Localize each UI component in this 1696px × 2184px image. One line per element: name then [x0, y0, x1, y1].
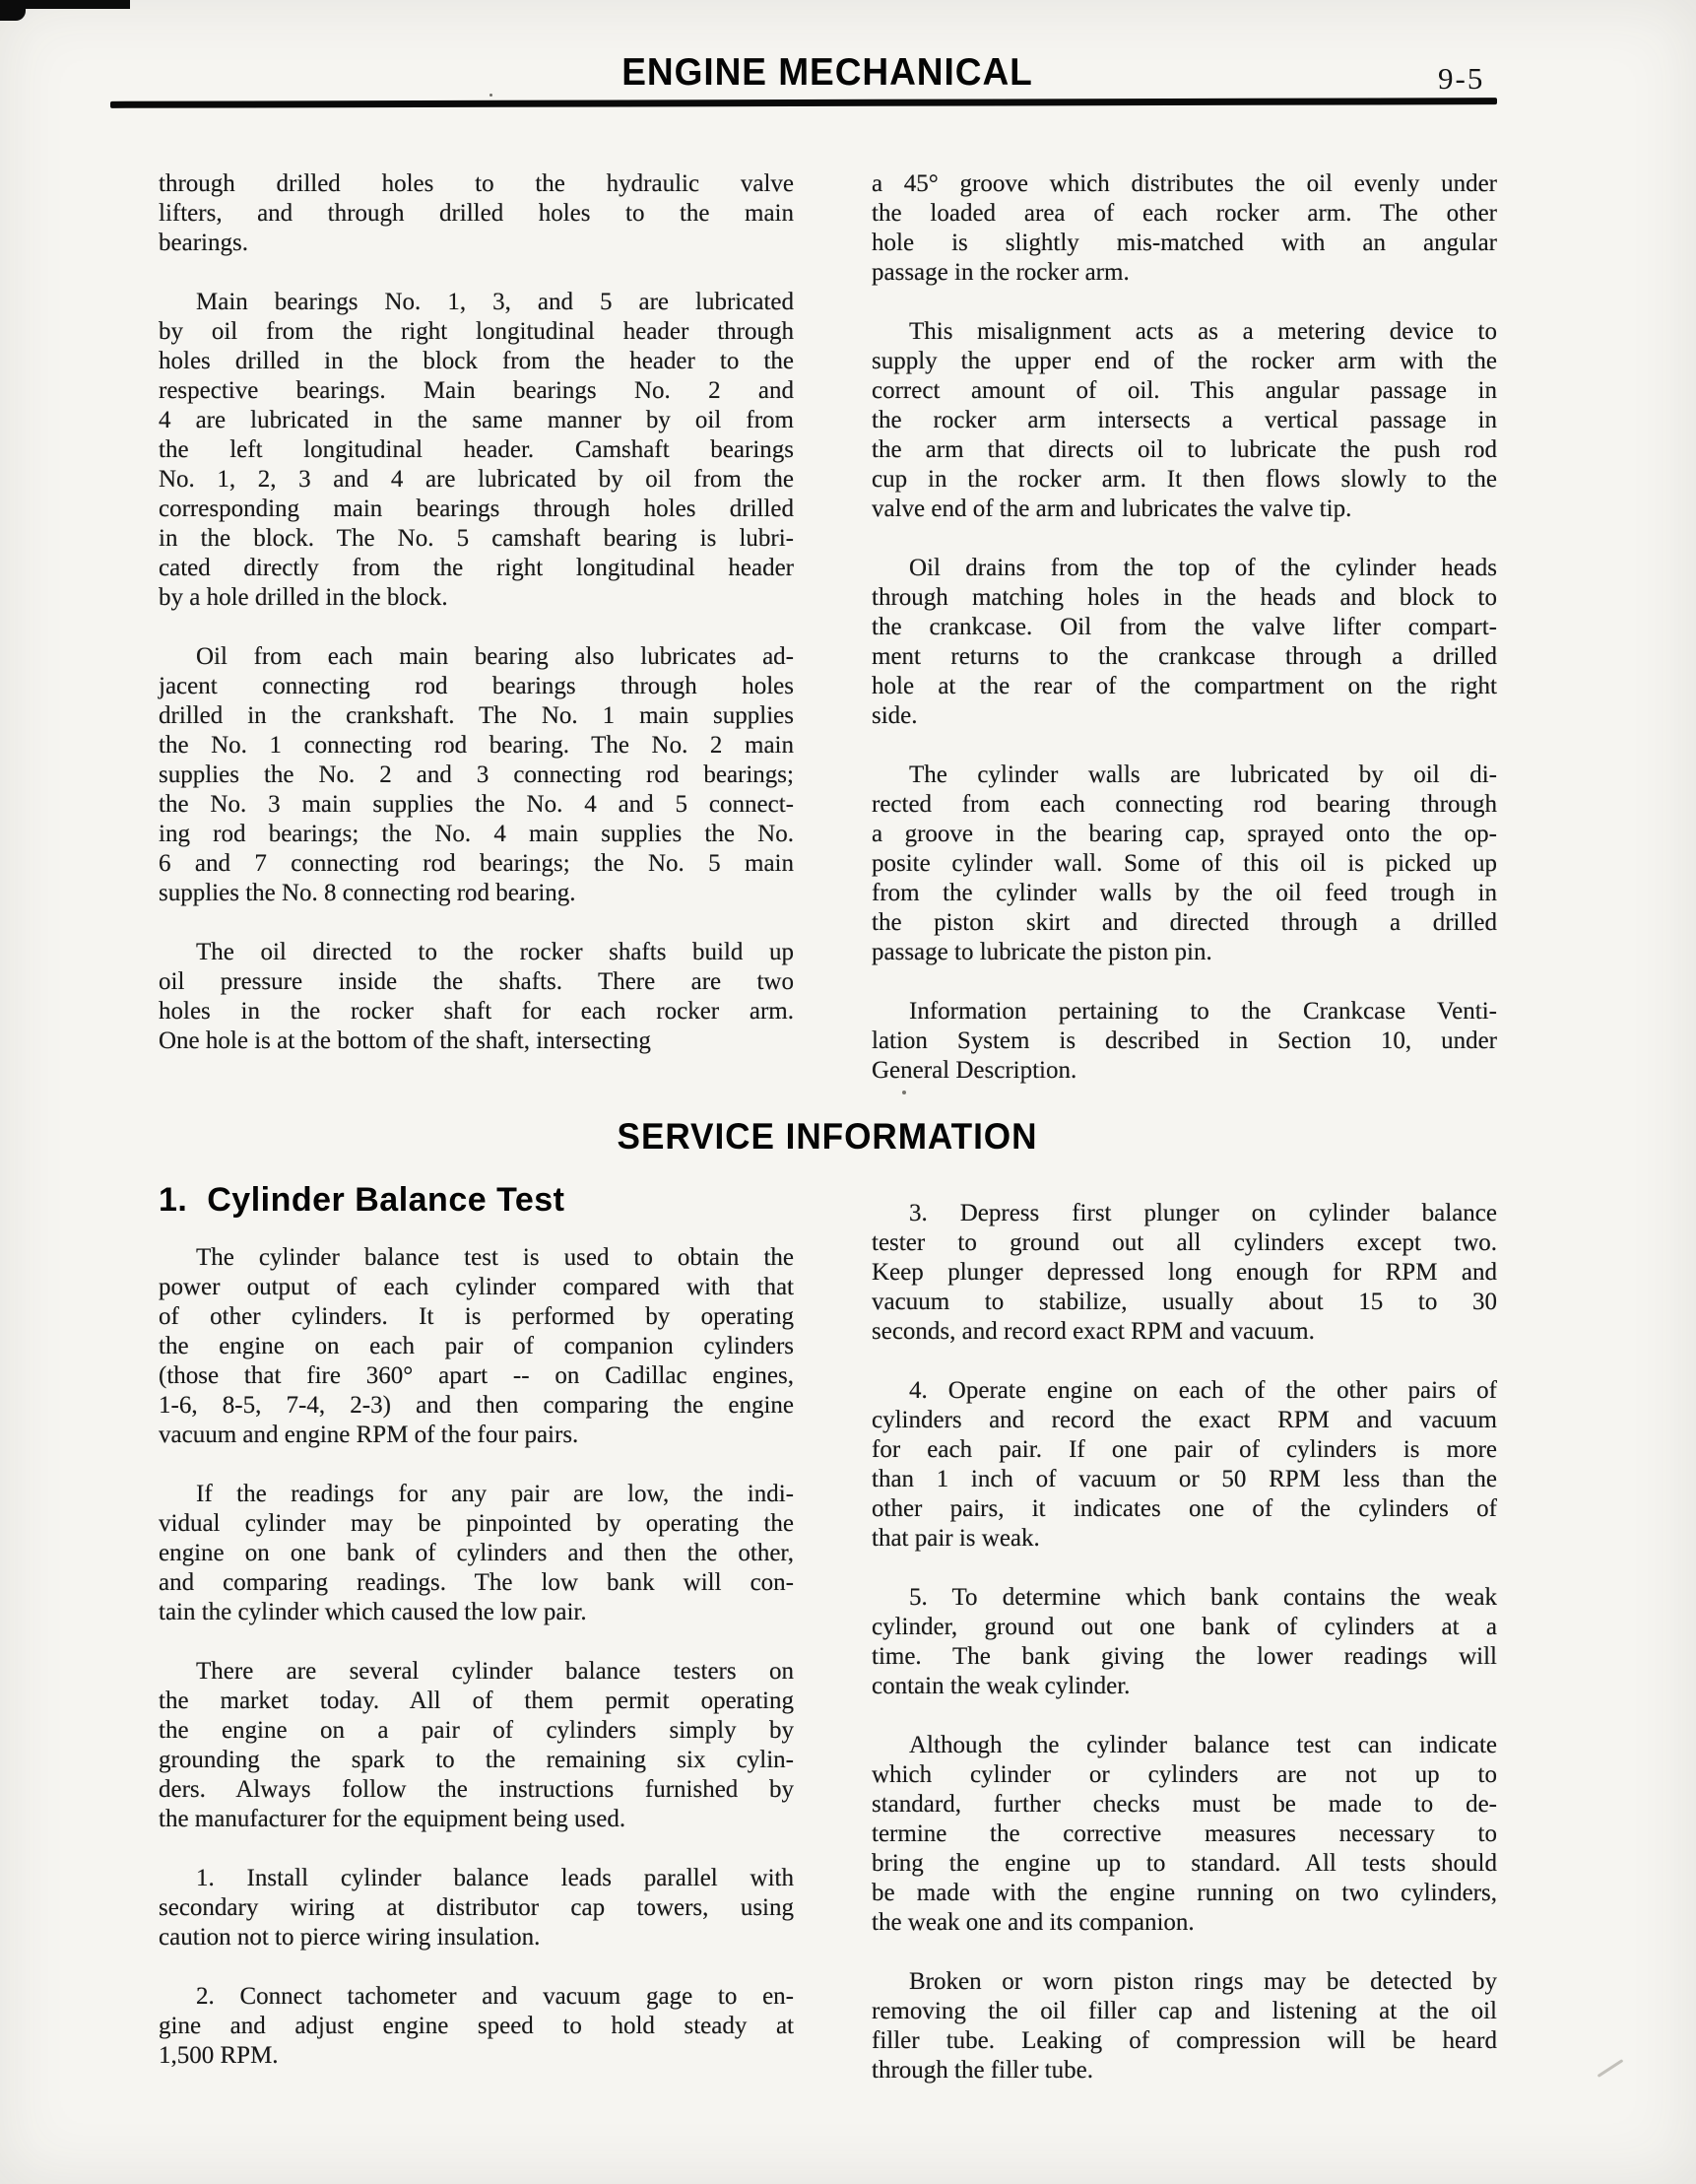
- text-line: supplies the No. 2 and 3 connecting rod …: [159, 761, 794, 790]
- text-line: jacent connecting rod bearings through h…: [159, 672, 794, 701]
- text-line: gine and adjust engine speed to hold ste…: [159, 2012, 794, 2041]
- text-line: the engine on each pair of companion cyl…: [159, 1332, 794, 1361]
- text-line: ment returns to the crankcase through a …: [872, 642, 1497, 672]
- text-line: No. 1, 2, 3 and 4 are lubricated by oil …: [159, 465, 794, 495]
- text-line: through the filler tube.: [872, 2056, 1497, 2085]
- scan-artifact-speck: [902, 1091, 906, 1094]
- text-line: the rocker arm intersects a vertical pas…: [872, 406, 1497, 435]
- text-line: valve end of the arm and lubricates the …: [872, 495, 1497, 524]
- text-line: Broken or worn piston rings may be detec…: [872, 1967, 1497, 1997]
- text-line: power output of each cylinder compared w…: [159, 1273, 794, 1302]
- scan-artifact-tick: [1598, 2059, 1624, 2078]
- scan-artifact-speck: [489, 94, 492, 97]
- text-line: 1. Install cylinder balance leads parall…: [159, 1864, 794, 1893]
- text-line: the loaded area of each rocker arm. The …: [872, 199, 1497, 229]
- text-line: the weak one and its companion.: [872, 1908, 1497, 1938]
- text-line: through matching holes in the heads and …: [872, 583, 1497, 613]
- text-line: filler tube. Leaking of compression will…: [872, 2026, 1497, 2056]
- paragraph: Oil drains from the top of the cylinder …: [872, 554, 1497, 731]
- paragraph: The cylinder walls are lubricated by oil…: [872, 761, 1497, 967]
- paragraph: Although the cylinder balance test can i…: [872, 1731, 1497, 1938]
- paragraph: Oil from each main bearing also lubricat…: [159, 642, 794, 908]
- text-line: passage to lubricate the piston pin.: [872, 938, 1497, 967]
- text-line: holes in the rocker shaft for each rocke…: [159, 997, 794, 1026]
- text-line: and comparing readings. The low bank wil…: [159, 1568, 794, 1598]
- text-line: by a hole drilled in the block.: [159, 583, 794, 613]
- text-line: The oil directed to the rocker shafts bu…: [159, 938, 794, 967]
- text-line: seconds, and record exact RPM and vacuum…: [872, 1317, 1497, 1347]
- text-line: than 1 inch of vacuum or 50 RPM less tha…: [872, 1465, 1497, 1494]
- paragraph: 3. Depress first plunger on cylinder bal…: [872, 1199, 1497, 1347]
- text-line: (those that fire 360° apart -- on Cadill…: [159, 1361, 794, 1391]
- manual-page: ENGINE MECHANICAL 9-5 through drilled ho…: [0, 0, 1696, 2184]
- text-line: tester to ground out all cylinders excep…: [872, 1228, 1497, 1258]
- text-line: through drilled holes to the hydraulic v…: [159, 169, 794, 199]
- text-line: supply the upper end of the rocker arm w…: [872, 347, 1497, 376]
- text-line: Although the cylinder balance test can i…: [872, 1731, 1497, 1760]
- text-line: respective bearings. Main bearings No. 2…: [159, 376, 794, 406]
- text-line: the engine on a pair of cylinders simply…: [159, 1716, 794, 1746]
- text-line: Oil drains from the top of the cylinder …: [872, 554, 1497, 583]
- text-line: lation System is described in Section 10…: [872, 1026, 1497, 1056]
- text-line: This misalignment acts as a metering dev…: [872, 317, 1497, 347]
- text-line: grounding the spark to the remaining six…: [159, 1746, 794, 1775]
- scan-artifact-corner: [0, 0, 26, 21]
- text-line: that pair is weak.: [872, 1524, 1497, 1554]
- text-line: contain the weak cylinder.: [872, 1672, 1497, 1701]
- text-line: Oil from each main bearing also lubricat…: [159, 642, 794, 672]
- paragraph: The oil directed to the rocker shafts bu…: [159, 938, 794, 1056]
- text-line: cup in the rocker arm. It then flows slo…: [872, 465, 1497, 495]
- paragraph: Main bearings No. 1, 3, and 5 are lubric…: [159, 288, 794, 613]
- text-line: General Description.: [872, 1056, 1497, 1086]
- text-line: supplies the No. 8 connecting rod bearin…: [159, 879, 794, 908]
- text-line: rected from each connecting rod bearing …: [872, 790, 1497, 820]
- text-line: ders. Always follow the instructions fur…: [159, 1775, 794, 1805]
- paragraph: If the readings for any pair are low, th…: [159, 1480, 794, 1627]
- text-line: 6 and 7 connecting rod bearings; the No.…: [159, 849, 794, 879]
- text-line: 1-6, 8-5, 7-4, 2-3) and then comparing t…: [159, 1391, 794, 1421]
- paragraph: Broken or worn piston rings may be detec…: [872, 1967, 1497, 2085]
- paragraph: This misalignment acts as a metering dev…: [872, 317, 1497, 524]
- paragraph: Information pertaining to the Crankcase …: [872, 997, 1497, 1086]
- text-line: cylinder, ground out one bank of cylinde…: [872, 1613, 1497, 1642]
- paragraph: 5. To determine which bank contains the …: [872, 1583, 1497, 1701]
- text-line: corresponding main bearings through hole…: [159, 495, 794, 524]
- text-line: the arm that directs oil to lubricate th…: [872, 435, 1497, 465]
- lubrication-left-column: through drilled holes to the hydraulic v…: [159, 169, 794, 1056]
- text-line: If the readings for any pair are low, th…: [159, 1480, 794, 1509]
- text-line: vacuum and engine RPM of the four pairs.: [159, 1421, 794, 1450]
- text-line: the manufacturer for the equipment being…: [159, 1805, 794, 1834]
- text-line: vidual cylinder may be pinpointed by ope…: [159, 1509, 794, 1539]
- text-line: hole is slightly mis-matched with an ang…: [872, 229, 1497, 258]
- text-line: tain the cylinder which caused the low p…: [159, 1598, 794, 1627]
- text-line: posite cylinder wall. Some of this oil i…: [872, 849, 1497, 879]
- text-line: passage in the rocker arm.: [872, 258, 1497, 288]
- paragraph: 2. Connect tachometer and vacuum gage to…: [159, 1982, 794, 2071]
- text-line: engine on one bank of cylinders and then…: [159, 1539, 794, 1568]
- text-line: removing the oil filler cap and listenin…: [872, 1997, 1497, 2026]
- text-line: 1,500 RPM.: [159, 2041, 794, 2071]
- text-line: lifters, and through drilled holes to th…: [159, 199, 794, 229]
- paragraph: 1. Install cylinder balance leads parall…: [159, 1864, 794, 1952]
- page-title: ENGINE MECHANICAL: [191, 51, 1464, 95]
- cylinder-balance-test-title: 1. Cylinder Balance Test: [159, 1181, 564, 1220]
- text-line: 4. Operate engine on each of the other p…: [872, 1376, 1497, 1406]
- text-line: secondary wiring at distributor cap towe…: [159, 1893, 794, 1923]
- text-line: be made with the engine running on two c…: [872, 1879, 1497, 1908]
- paragraph: The cylinder balance test is used to obt…: [159, 1243, 794, 1450]
- text-line: the left longitudinal header. Camshaft b…: [159, 435, 794, 465]
- paragraph: There are several cylinder balance teste…: [159, 1657, 794, 1834]
- text-line: in the block. The No. 5 camshaft bearing…: [159, 524, 794, 554]
- text-line: the market today. All of them permit ope…: [159, 1687, 794, 1716]
- text-line: by oil from the right longitudinal heade…: [159, 317, 794, 347]
- text-line: side.: [872, 701, 1497, 731]
- balance-test-right-column: 3. Depress first plunger on cylinder bal…: [872, 1199, 1497, 2085]
- text-line: One hole is at the bottom of the shaft, …: [159, 1026, 794, 1056]
- page-number: 9-5: [1438, 61, 1484, 97]
- text-line: the No. 3 main supplies the No. 4 and 5 …: [159, 790, 794, 820]
- text-line: ing rod bearings; the No. 4 main supplie…: [159, 820, 794, 849]
- service-information-heading: SERVICE INFORMATION: [191, 1116, 1464, 1158]
- text-line: a groove in the bearing cap, sprayed ont…: [872, 820, 1497, 849]
- text-line: a 45° groove which distributes the oil e…: [872, 169, 1497, 199]
- text-line: 5. To determine which bank contains the …: [872, 1583, 1497, 1613]
- text-line: which cylinder or cylinders are not up t…: [872, 1760, 1497, 1790]
- text-line: Information pertaining to the Crankcase …: [872, 997, 1497, 1026]
- paragraph: through drilled holes to the hydraulic v…: [159, 169, 794, 258]
- text-line: cylinders and record the exact RPM and v…: [872, 1406, 1497, 1435]
- text-line: bearings.: [159, 229, 794, 258]
- text-line: the crankcase. Oil from the valve lifter…: [872, 613, 1497, 642]
- text-line: from the cylinder walls by the oil feed …: [872, 879, 1497, 908]
- text-line: holes drilled in the block from the head…: [159, 347, 794, 376]
- text-line: The cylinder walls are lubricated by oil…: [872, 761, 1497, 790]
- text-line: vacuum to stabilize, usually about 15 to…: [872, 1288, 1497, 1317]
- text-line: cated directly from the right longitudin…: [159, 554, 794, 583]
- text-line: other pairs, it indicates one of the cyl…: [872, 1494, 1497, 1524]
- paragraph: a 45° groove which distributes the oil e…: [872, 169, 1497, 288]
- text-line: Keep plunger depressed long enough for R…: [872, 1258, 1497, 1288]
- text-line: 4 are lubricated in the same manner by o…: [159, 406, 794, 435]
- header-rule: [110, 98, 1497, 108]
- text-line: drilled in the crankshaft. The No. 1 mai…: [159, 701, 794, 731]
- lubrication-right-column: a 45° groove which distributes the oil e…: [872, 169, 1497, 1086]
- text-line: 3. Depress first plunger on cylinder bal…: [872, 1199, 1497, 1228]
- text-line: There are several cylinder balance teste…: [159, 1657, 794, 1687]
- text-line: The cylinder balance test is used to obt…: [159, 1243, 794, 1273]
- text-line: correct amount of oil. This angular pass…: [872, 376, 1497, 406]
- text-line: Main bearings No. 1, 3, and 5 are lubric…: [159, 288, 794, 317]
- text-line: for each pair. If one pair of cylinders …: [872, 1435, 1497, 1465]
- text-line: 2. Connect tachometer and vacuum gage to…: [159, 1982, 794, 2012]
- text-line: caution not to pierce wiring insulation.: [159, 1923, 794, 1952]
- text-line: termine the corrective measures necessar…: [872, 1820, 1497, 1849]
- text-line: standard, further checks must be made to…: [872, 1790, 1497, 1820]
- text-line: bring the engine up to standard. All tes…: [872, 1849, 1497, 1879]
- paragraph: 4. Operate engine on each of the other p…: [872, 1376, 1497, 1554]
- text-line: the piston skirt and directed through a …: [872, 908, 1497, 938]
- text-line: time. The bank giving the lower readings…: [872, 1642, 1497, 1672]
- text-line: hole at the rear of the compartment on t…: [872, 672, 1497, 701]
- balance-test-left-column: The cylinder balance test is used to obt…: [159, 1243, 794, 2071]
- text-line: the No. 1 connecting rod bearing. The No…: [159, 731, 794, 761]
- text-line: oil pressure inside the shafts. There ar…: [159, 967, 794, 997]
- text-line: of other cylinders. It is performed by o…: [159, 1302, 794, 1332]
